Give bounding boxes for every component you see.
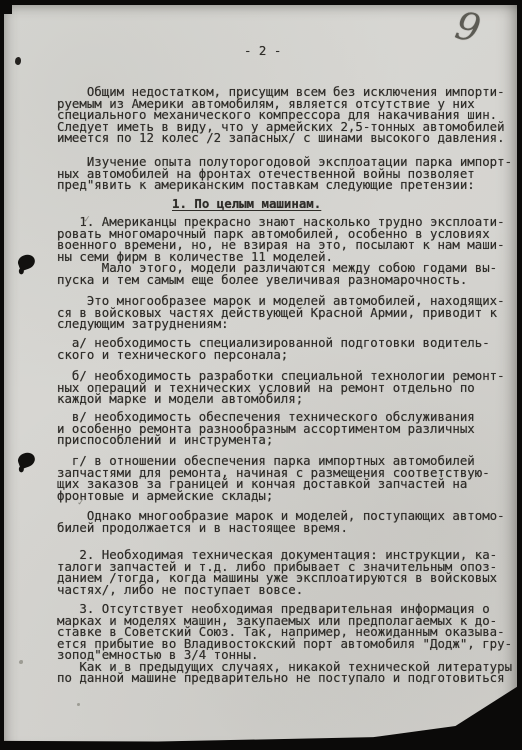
scan-corner-notch [0,0,12,14]
list-item-v: в/ необходимость обеспечения техническог… [57,411,475,446]
list-item-a: а/ необходимость специализированной подг… [57,337,490,360]
pencil-checkmark-2: ✓ [77,497,86,509]
paragraph-2-documentation: 2. Необходимая техническая документация:… [57,549,497,595]
paragraph-1-multibrand: 1. Американцы прекрасно знают насколько … [57,216,505,285]
scan-background: 9 - 2 - Общим недостатком, присущим всем… [0,0,522,750]
pencil-checkmark-1: ✓ [83,214,92,226]
paragraph-common-defect: Общим недостатком, присущим всем без иск… [57,86,505,144]
paper-sheet: 9 - 2 - Общим недостатком, присущим всем… [4,5,517,746]
ink-blot-2 [16,451,37,470]
list-item-b: б/ необходимость разработки специальной … [57,370,505,405]
dust-speck-1 [19,660,23,664]
section-heading-whole-vehicles: 1. По целым машинам. [172,198,321,210]
ink-speck-top-left [15,57,21,65]
page-number: - 2 - [244,45,281,57]
paragraph-operation-study: Изучение опыта полуторогодовой эксплоата… [57,156,512,191]
ink-blot-1 [16,253,37,272]
paragraph-variety: Это многообразее марок и моделей автомоб… [57,295,505,330]
paragraph-however: Однако многообразие марок и моделей, пос… [57,510,505,533]
dust-speck-2 [77,703,80,706]
handwritten-page-mark: 9 [452,3,485,51]
paragraph-3-no-advance-info: 3. Отсутствует необходимая предварительн… [57,603,512,684]
list-item-g: г/ в отношении обеспечения парка импортн… [57,455,490,501]
